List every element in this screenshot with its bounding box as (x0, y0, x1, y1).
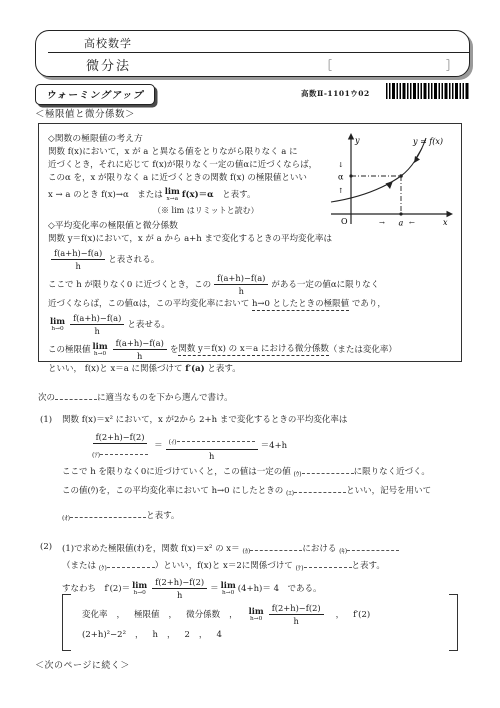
header-box: 高校数学 微分法 ［ ］ (35, 30, 470, 77)
bank-separator: ， (169, 608, 178, 622)
answer-bank: 変化率 ， 極限値 ， 微分係数 ， lim h→0 f(2+h)−f(2) h… (62, 594, 458, 651)
x-axis-label: x (443, 218, 448, 227)
name-bracket-open: ［ (321, 57, 332, 73)
warmup-badge: ウォーミングアップ (35, 84, 155, 105)
doc-code: 高数Ⅱ-1101ウ02 (301, 88, 370, 99)
instruction-line: 次のに適当なものを下から選んで書け。 (38, 390, 233, 404)
bank-separator: ， (167, 628, 176, 642)
page-title: 微分法 (86, 55, 131, 74)
avg-line3-post: がある一定の値αに限りなく (271, 279, 379, 291)
blank-label-ka: (ｶ) (242, 548, 250, 555)
answer-bank-row2: (2+h)²−2² ， h ， 2 ， 4 (82, 628, 438, 642)
bank-item: 極限値 (134, 608, 160, 622)
instruction-pre: 次の (38, 393, 55, 403)
blank-label-e: (ｴ) (286, 490, 294, 497)
question-2-line1: (1)で求めた極限値(ｵ)を，関数 f(x)＝x² の x＝ (ｶ)における (… (62, 541, 466, 558)
alpha-approach-up: ↑ (338, 187, 344, 195)
lim-word: lim (132, 581, 147, 589)
question-1: (1) 関数 f(x)＝x² において，x が2から 2+h まで変化するときの… (40, 414, 466, 527)
avg-line4-underlined: h→0 としたときの極限値 (252, 299, 349, 311)
lim-notation: lim h→0 (50, 317, 65, 333)
lim-subscript: x→a (166, 195, 178, 203)
q1-line3-pre: この値(ｳ)を，この平均変化率において h→0 にしたときの (62, 486, 283, 496)
name-bracket-close: ］ (446, 57, 457, 73)
question-2: (2) (1)で求めた極限値(ｵ)を，関数 f(x)＝x² の x＝ (ｶ)にお… (40, 541, 466, 600)
lim-body: f(x)＝α (182, 189, 214, 201)
header-divider (48, 52, 470, 53)
avg-line4-pre: 近づくならば，この値αは，この平均変化率において (48, 299, 249, 309)
q1-line3-post: といい，記号を用いて (346, 486, 431, 496)
derivative-notation: f′(a) (185, 364, 204, 374)
fraction-numerator: f(2+h)−f(2) (152, 577, 207, 589)
limit-graph: y x O α ↓ ↑ → a ← y = f(x) (329, 132, 457, 232)
worksheet-page: 高校数学 微分法 ［ ］ ウォーミングアップ 高数Ⅱ-1101ウ02 ＜極限値と… (0, 0, 500, 708)
answer-blank-ke (304, 558, 352, 568)
question-1-line1: 関数 f(x)＝x² において，x が2から 2+h まで変化するときの平均変化… (62, 414, 466, 427)
limit-paragraph: 関数 f(x)において，x が a と異なる値をとりながら限りなく a に 近づ… (48, 146, 340, 217)
question-1-number: (1) (40, 414, 62, 427)
blank-label-u: (ｳ) (294, 471, 302, 478)
fraction-numerator: f(2+h)−f(2) (269, 603, 324, 615)
continue-note: ＜次のページに続く＞ (35, 658, 130, 671)
question-2-line2: （または (ｸ)）といい，f(x)と x＝2に関係づけて (ｹ)と表す。 (62, 558, 466, 577)
bank-item: h (153, 628, 158, 642)
limit-line1: 関数 f(x)において，x が a と異なる値をとりながら限りなく a に (48, 146, 340, 159)
lim-word: lim (249, 607, 264, 615)
q2-line1-mid: における (302, 544, 336, 554)
alpha-label: α (338, 173, 344, 182)
answer-blank-e (294, 483, 346, 493)
lim-word: lim (93, 342, 108, 350)
avg-line6-pre: この極限値 (48, 344, 91, 356)
avg-line6-mid: を (170, 344, 179, 356)
blank-label-a: (ｱ) (92, 452, 100, 459)
instruction-blank (55, 390, 97, 400)
lim-notation: lim h→0 (249, 607, 264, 623)
lim-reading-note: （※ lim はリミットと読む） (48, 205, 340, 217)
avg-line6: この極限値 lim h→0 f(a+h)−f(a) h を 関数 y＝f(x) … (48, 338, 453, 361)
answer-blank-ku (107, 558, 155, 568)
q2-line2-pre: （または (62, 561, 96, 571)
fraction-2: (ｲ) h (166, 432, 258, 461)
bank-separator: ， (229, 608, 238, 622)
fraction-denominator: h (72, 260, 83, 271)
limit-line4: x → a のとき f(x)→α または lim x→a f(x)＝α と表す。 (48, 187, 340, 203)
fraction-denominator: h (236, 285, 247, 296)
fraction-denominator: h (134, 350, 145, 361)
fraction-denominator: h (92, 325, 103, 336)
subject-label: 高校数学 (84, 35, 132, 51)
origin-label: O (341, 217, 348, 226)
q1-line4-post: と表す。 (146, 511, 179, 521)
limit-line2: 近づくとき，それに応じて f(x)が限りなく一定の値αに近づくならば， (48, 159, 340, 172)
q1-line2-post: に限りなく近づく。 (354, 467, 430, 477)
bank-separator: ， (199, 628, 208, 642)
bank-item: 4 (216, 628, 221, 642)
a-approach-right: → (379, 219, 385, 227)
bank-item: (2+h)²−2² (82, 628, 126, 642)
instruction-post: に適当なものを下から選んで書け。 (97, 393, 233, 403)
avg-line1: 関数 y＝f(x)において，x が a から a+h まで変化するときの平均変化… (48, 233, 453, 246)
blank-label-i: (ｲ) (169, 439, 177, 446)
lim-notation: lim x→a (165, 187, 180, 203)
avg-rate-fraction: f(a+h)−f(a) h (113, 338, 167, 361)
section-title: ＜極限値と微分係数＞ (35, 106, 135, 120)
bank-item: 微分係数 (186, 608, 220, 622)
question-1-line4: (ｵ)と表す。 (62, 508, 466, 527)
lim-word: lim (165, 187, 180, 195)
fraction-1: f(2+h)−f(2) (ｱ) (89, 432, 151, 461)
blank-label-o: (ｵ) (62, 515, 70, 522)
y-axis-arrow-icon (348, 133, 354, 140)
question-1-line2: ここで h を限りなく0に近づけていくと，この値は一定の値 (ｳ)に限りなく近づ… (62, 464, 466, 483)
answer-bank-row1: 変化率 ， 極限値 ， 微分係数 ， lim h→0 f(2+h)−f(2) h… (82, 603, 438, 626)
lim-word: lim (50, 317, 65, 325)
avg-rate-fraction: f(a+h)−f(a) h (214, 273, 268, 296)
x-axis-arrow-icon (447, 211, 454, 217)
equals-sign: ＝ (154, 441, 163, 452)
lim-subscript: h→0 (51, 325, 63, 333)
blank-label-ki: (ｷ) (339, 548, 347, 555)
theory-box: y x O α ↓ ↑ → a ← y = f(x) ◇関数の極限値の考え方 関… (38, 123, 462, 362)
avg-rate-fraction: f(a+h)−f(a) h (70, 313, 124, 336)
bank-item: 変化率 (82, 608, 108, 622)
fraction-numerator: f(a+h)−f(a) (70, 313, 124, 325)
fraction-1-denominator-blank: (ｱ) (89, 444, 151, 461)
bank-separator: ， (117, 608, 126, 622)
question-1-line3: この値(ｳ)を，この平均変化率において h→0 にしたときの (ｴ)といい，記号… (62, 483, 466, 502)
answer-blank-ki (347, 541, 399, 551)
lim-notation: lim h→0 (93, 342, 108, 358)
fraction-2-denominator: h (206, 450, 217, 461)
fraction-numerator: f(a+h)−f(a) (51, 248, 105, 260)
fraction-2-numerator-blank: (ｲ) (166, 432, 258, 450)
fraction-denominator: h (290, 615, 301, 626)
avg-line5-post: と表せる。 (127, 319, 170, 331)
avg-line3-pre: ここで h が限りなく0 に近づくとき，この (48, 279, 211, 291)
avg-line7-post: と表す。 (207, 364, 240, 374)
question-1-equation: f(2+h)−f(2) (ｱ) ＝ (ｲ) h ＝ 4+h (86, 432, 466, 461)
question-2-number: (2) (40, 541, 62, 558)
avg-line2: f(a+h)−f(a) h と表される。 (48, 248, 453, 271)
limit-line4-post: と表す。 (214, 189, 256, 201)
curve (331, 138, 426, 202)
avg-rate-fraction: f(a+h)−f(a) h (51, 248, 105, 271)
avg-line7-pre: といい， f(x)と x＝a に関係づけて (48, 364, 183, 374)
avg-line5: lim h→0 f(a+h)−f(a) h と表せる。 (48, 313, 453, 336)
limit-line3: このα を，x が限りなく a に近づくときの関数 f(x) の極限値といい (48, 172, 340, 185)
fraction-numerator: f(a+h)−f(a) (214, 273, 268, 285)
q2-line1-pre: (1)で求めた極限値(ｵ)を，関数 f(x)＝x² の x＝ (62, 544, 240, 554)
answer-blank-i (177, 432, 255, 442)
answer-blank-o (70, 508, 146, 518)
avg-line7: といい， f(x)と x＝a に関係づけて f′(a) と表す。 (48, 363, 453, 376)
q2-line2-mid: ）といい，f(x)と x＝2に関係づけて (155, 561, 293, 571)
curve-equation-label: y = f(x) (412, 137, 443, 146)
alpha-approach-down: ↓ (338, 161, 344, 169)
y-axis-label: y (354, 136, 360, 145)
a-label: a (399, 219, 404, 228)
lim-subscript: h→0 (250, 615, 262, 623)
avg-line6-post: （または変化率） (329, 344, 397, 356)
avg-line4: 近づくならば，この値αは，この平均変化率において h→0 としたときの極限値 で… (48, 298, 453, 311)
avg-line4-post: であり， (352, 299, 386, 309)
equals-sign: ＝ (261, 441, 270, 452)
fraction-1-numerator: f(2+h)−f(2) (93, 432, 148, 444)
limit-line4-pre: x → a のとき f(x)→α または (48, 189, 163, 201)
q2-line2-post: と表す。 (352, 561, 385, 571)
avg-line6-underlined: 関数 y＝f(x) の x＝a における微分係数 (178, 343, 329, 357)
blank-label-ku: (ｸ) (99, 565, 107, 572)
q1-line2-pre: ここで h を限りなく0に近づけていくと，この値は一定の値 (62, 467, 291, 477)
answer-blank-ka (250, 541, 302, 551)
equation-result: 4+h (269, 441, 287, 452)
bank-fraction: f(2+h)−f(2) h (269, 603, 324, 626)
avg-line3: ここで h が限りなく0 に近づくとき，この f(a+h)−f(a) h がある… (48, 273, 453, 296)
blank-label-ke: (ｹ) (295, 565, 303, 572)
answer-blank-u (302, 464, 354, 474)
answer-blank-a (100, 445, 148, 455)
bank-separator: ， (336, 608, 345, 622)
fraction-numerator: f(a+h)−f(a) (113, 338, 167, 350)
bank-separator: ， (135, 628, 144, 642)
lim-word: lim (221, 581, 236, 589)
barcode (386, 83, 470, 99)
a-approach-left: ← (409, 219, 415, 227)
lim-subscript: h→0 (94, 350, 106, 358)
bank-item: 2 (185, 628, 190, 642)
avg-line2-post: と表される。 (108, 254, 159, 266)
bank-item: f′(2) (353, 608, 370, 622)
